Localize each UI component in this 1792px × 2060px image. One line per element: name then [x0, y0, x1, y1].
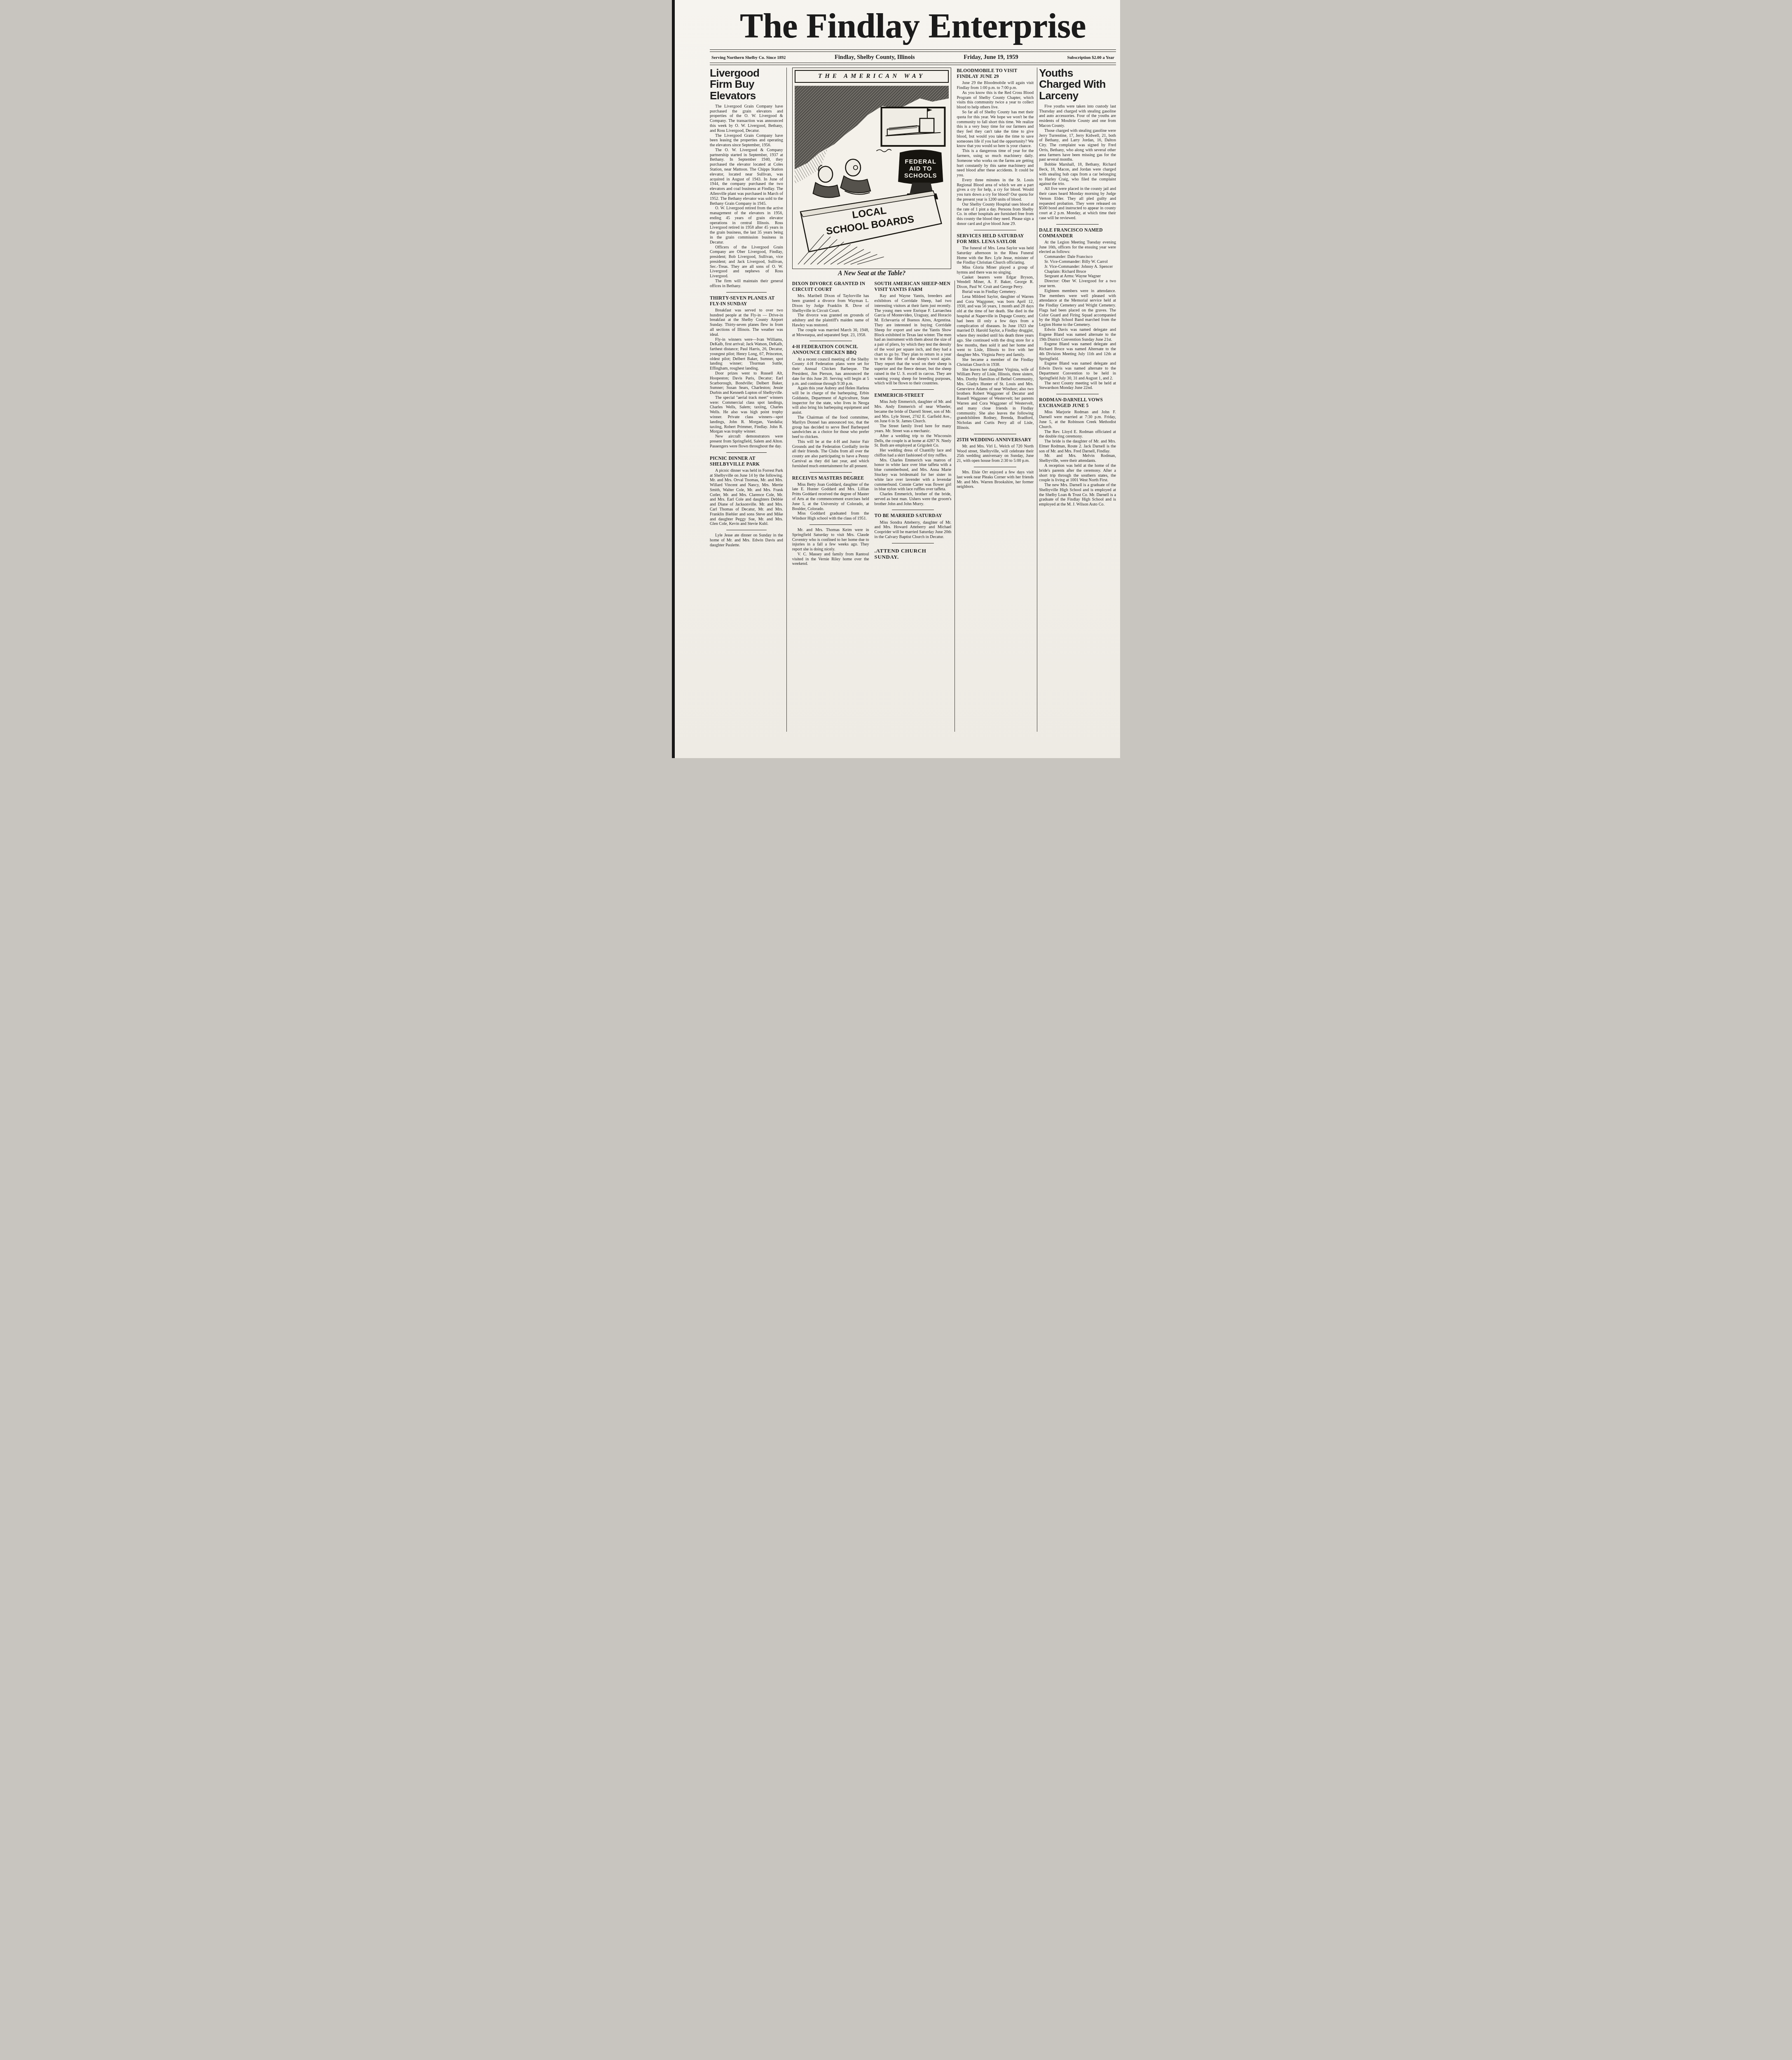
paragraph: Sergeant at Arms: Wayne Wagner: [1039, 274, 1116, 279]
paragraph: Bobbie Marshall, 18, Bethany, Richard Be…: [1039, 162, 1116, 187]
editorial-cartoon: THE AMERICAN WAY: [792, 68, 952, 277]
paragraph: The new Mrs. Darnell is a graduate of th…: [1039, 483, 1116, 507]
paragraph: Five youths were taken into custody last…: [1039, 104, 1116, 129]
paragraph: Jr. Vice-Commander: Johnny A. Spencer: [1039, 265, 1116, 269]
federal-aid-sign: FEDERAL AID TO SCHOOLS: [898, 150, 943, 199]
headline: DALE FRANCISCO NAMED COMMANDER: [1039, 227, 1116, 239]
paragraph: At a recent council meeting of the Shelb…: [792, 357, 869, 386]
article-separator: [726, 530, 767, 530]
article-keim-visit: Mr. and Mrs. Thomas Keim were in Springf…: [792, 528, 869, 552]
paragraph: The funeral of Mrs. Lena Saylor was held…: [957, 246, 1034, 265]
column-3: SOUTH AMERICAN SHEEP-MEN VISIT YANTIS FA…: [875, 281, 955, 732]
masthead: The Findlay Enterprise Serving Northern …: [710, 9, 1116, 65]
paragraph: June 29 the Bloodmobile will again visit…: [957, 81, 1034, 91]
paragraph: Those charged with stealing gasoline wer…: [1039, 129, 1116, 162]
article-body: At the Legion Meeting Tuesday evening Ju…: [1039, 240, 1116, 391]
paragraph: The Livergood Grain Company have purchas…: [710, 104, 783, 133]
column-2: DIXON DIVORCE GRANTED IN CIRCUIT COURT M…: [792, 281, 869, 732]
attend-church-notice: .ATTEND CHURCH SUNDAY.: [875, 548, 952, 560]
cartoon-caption: A New Seat at the Table?: [792, 270, 952, 277]
paragraph: Charles Emmerich, brother of the bride, …: [875, 492, 952, 506]
paragraph: Mrs. Maribell Dixon of Taylorville has b…: [792, 294, 869, 313]
paragraph: Door prizes went to Russell Alt, Hoopest…: [710, 371, 783, 396]
paragraph: Eighteen members were in attendance. The…: [1039, 289, 1116, 328]
article-legion-commander: DALE FRANCISCO NAMED COMMANDER At the Le…: [1039, 227, 1116, 391]
paragraph: She leaves her daughter Virginia, wife o…: [957, 368, 1034, 431]
paragraph: Her wedding dress of Chantilly lace and …: [875, 448, 952, 458]
paragraph: The Street family lived here for many ye…: [875, 424, 952, 434]
article-body: Miss Sondra Atteberry, daughter of Mr. a…: [875, 520, 952, 540]
article-body: Mrs. Elsie Orr enjoyed a few days visit …: [957, 470, 1034, 489]
column-1: Livergood Firm Buy Elevators The Livergo…: [710, 68, 787, 732]
article-separator: [1056, 394, 1099, 394]
paragraph: O. W. Livergood retired from the active …: [710, 206, 783, 245]
column-4: BLOODMOBILE TO VISIT FINDLAY JUNE 29 Jun…: [957, 68, 1037, 732]
headline: Livergood Firm Buy Elevators: [710, 68, 783, 101]
paragraph: Ray and Wayne Yantis, breeders and exhib…: [875, 294, 952, 386]
paragraph: Mr. and Mrs. Melvin Rodman, Shelbyville,…: [1039, 454, 1116, 463]
paragraph: Chaplain: Richard Bruce: [1039, 269, 1116, 274]
paragraph: All five were placed in the county jail …: [1039, 187, 1116, 220]
article-body: Five youths were taken into custody last…: [1039, 104, 1116, 221]
article-separator: [892, 510, 934, 510]
paragraph: As you know this is the Red Cross Blood …: [957, 91, 1034, 110]
paragraph: The bride is the daughter of Mr. and Mrs…: [1039, 439, 1116, 454]
article-lyle-jesse: Lyle Jesse ate dinner on Sunday in the h…: [710, 533, 783, 548]
article-bloodmobile: BLOODMOBILE TO VISIT FINDLAY JUNE 29 Jun…: [957, 68, 1034, 227]
article-body: Breakfast was served to over two hundred…: [710, 308, 783, 449]
paragraph: Burial was in Findlay Cemetery.: [957, 290, 1034, 295]
article-elsie-orr: Mrs. Elsie Orr enjoyed a few days visit …: [957, 470, 1034, 489]
newspaper-page: The Findlay Enterprise Serving Northern …: [672, 0, 1120, 758]
article-separator: [809, 472, 852, 473]
article-rodman-darnell-vows: RODMAN-DARNELL VOWS EXCHANGED JUNE 5 Mis…: [1039, 397, 1116, 507]
paragraph: Mr. and Mrs. Virl L. Welch of 720 North …: [957, 444, 1034, 463]
paragraph: Breakfast was served to over two hundred…: [710, 308, 783, 337]
headline: PICNIC DINNER AT SHELBYVILLE PARK: [710, 456, 783, 467]
paragraph: The couple was married March 30, 1948, a…: [792, 328, 869, 338]
article-picnic-dinner: PICNIC DINNER AT SHELBYVILLE PARK A picn…: [710, 456, 783, 527]
article-separator: [1056, 224, 1099, 225]
headline: TO BE MARRIED SATURDAY: [875, 513, 952, 519]
paragraph: The Rev. Lloyd E. Rodman officiated at t…: [1039, 430, 1116, 440]
paragraph: Lena Mildred Saylor, daughter of Warren …: [957, 295, 1034, 358]
article-separator: [892, 543, 934, 543]
headline: RECEIVES MASTERS DEGREE: [792, 475, 869, 481]
paragraph: Our Shelby County Hospital uses blood at…: [957, 202, 1034, 227]
article-body: Lyle Jesse ate dinner on Sunday in the h…: [710, 533, 783, 548]
paragraph: She became a member of the Findlay Chris…: [957, 358, 1034, 368]
school-picture-frame: [881, 108, 945, 146]
article-livergood-elevators: Livergood Firm Buy Elevators The Livergo…: [710, 68, 783, 289]
headline: SOUTH AMERICAN SHEEP-MEN VISIT YANTIS FA…: [875, 281, 952, 293]
double-rule-bottom: [710, 63, 1116, 65]
paragraph: Mrs. Charles Emmerich was matron of hono…: [875, 458, 952, 492]
article-separator: [726, 292, 767, 293]
article-separator: [974, 467, 1016, 467]
paragraph: V. C. Massey and family from Rantoul vis…: [792, 552, 869, 566]
headline: .ATTEND CHURCH SUNDAY.: [875, 548, 952, 560]
article-body: The Livergood Grain Company have purchas…: [710, 104, 783, 289]
paragraph: Sr. Vice-Commander: Billy W. Carrol: [1039, 260, 1116, 265]
article-dixon-divorce: DIXON DIVORCE GRANTED IN CIRCUIT COURT M…: [792, 281, 869, 337]
dateline: Serving Northern Shelby Co. Since 1892 F…: [710, 52, 1116, 63]
article-25th-anniversary: 25TH WEDDING ANNIVERSARY Mr. and Mrs. Vi…: [957, 437, 1034, 463]
article-body: Miss Judy Emmerich, daughter of Mr. and …: [875, 400, 952, 506]
column-5: Youths Charged With Larceny Five youths …: [1039, 68, 1116, 732]
paragraph: Eugene Bland was named delegate and Rich…: [1039, 342, 1116, 361]
paragraph: Miss Sondra Atteberry, daughter of Mr. a…: [875, 520, 952, 540]
article-body: The funeral of Mrs. Lena Saylor was held…: [957, 246, 1034, 431]
page-body: Livergood Firm Buy Elevators The Livergo…: [710, 68, 1116, 732]
paragraph: After a wedding trip to the Wisconsin De…: [875, 434, 952, 448]
paragraph: This will be at the 4-H and Junior Fair …: [792, 440, 869, 469]
sign-text-line1: FEDERAL: [905, 159, 936, 165]
school-board-table: LOCAL SCHOOL BOARDS: [800, 191, 941, 252]
paragraph: Officers of the Livergood Grain Company …: [710, 245, 783, 279]
article-separator: [892, 389, 934, 390]
article-saylor-services: SERVICES HELD SATURDAY FOR MRS. LENA SAY…: [957, 233, 1034, 431]
paragraph: Lyle Jesse ate dinner on Sunday in the h…: [710, 533, 783, 548]
paragraph: Casket bearers were Edgar Bryson, Wendel…: [957, 275, 1034, 290]
cartoon-drawing: FEDERAL AID TO SCHOOLS LOCAL SCHOOL BOAR…: [795, 84, 949, 267]
paragraph: A picnic dinner was held in Forrest Park…: [710, 468, 783, 527]
artist-signature: [876, 149, 891, 152]
article-separator: [809, 341, 852, 341]
article-body: V. C. Massey and family from Rantoul vis…: [792, 552, 869, 566]
paragraph: Eugene Bland was named delegate and Edwi…: [1039, 361, 1116, 381]
masthead-date: Friday, June 19, 1959: [964, 54, 1018, 61]
paragraph: Every three minutes in the St. Louis Reg…: [957, 178, 1034, 202]
headline: BLOODMOBILE TO VISIT FINDLAY JUNE 29: [957, 68, 1034, 80]
headline: EMMERICH-STREET: [875, 393, 952, 398]
masthead-location: Findlay, Shelby County, Illinois: [835, 54, 915, 61]
paragraph: Miss Goddard graduated from the Windsor …: [792, 511, 869, 521]
article-body: June 29 the Bloodmobile will again visit…: [957, 81, 1034, 226]
article-body: Mrs. Maribell Dixon of Taylorville has b…: [792, 294, 869, 337]
article-body: At a recent council meeting of the Shelb…: [792, 357, 869, 469]
paragraph: Commander: Dale Francisco: [1039, 255, 1116, 260]
school-board-figures: [813, 159, 870, 198]
paragraph: The Livergood Grain Company have been le…: [710, 133, 783, 148]
headline: THIRTY-SEVEN PLANES AT FLY-IN SUNDAY: [710, 295, 783, 307]
scan-edge-artifact: [672, 0, 675, 758]
masthead-tagline: Serving Northern Shelby Co. Since 1892: [711, 56, 786, 60]
paragraph: Mr. and Mrs. Thomas Keim were in Springf…: [792, 528, 869, 552]
cartoon-frame: THE AMERICAN WAY: [792, 68, 952, 269]
article-fly-in: THIRTY-SEVEN PLANES AT FLY-IN SUNDAY Bre…: [710, 295, 783, 449]
headline: Youths Charged With Larceny: [1039, 68, 1116, 101]
paragraph: Edwin Davis was named delegate and Eugen…: [1039, 328, 1116, 342]
newspaper-title: The Findlay Enterprise: [710, 9, 1116, 44]
sign-text-line2: AID TO: [909, 166, 932, 172]
paragraph: New aircraft demonstrators were present …: [710, 434, 783, 449]
article-masters-degree: RECEIVES MASTERS DEGREE Miss Betty Joan …: [792, 475, 869, 521]
article-body: A picnic dinner was held in Forrest Park…: [710, 468, 783, 527]
paragraph: Miss Judy Emmerich, daughter of Mr. and …: [875, 400, 952, 424]
paragraph: Mrs. Elsie Orr enjoyed a few days visit …: [957, 470, 1034, 489]
headline: DIXON DIVORCE GRANTED IN CIRCUIT COURT: [792, 281, 869, 293]
article-body: Miss Betty Joan Goddard, daughter of the…: [792, 482, 869, 521]
article-separator: [726, 452, 767, 453]
article-emmerich-street-wedding: EMMERICH-STREET Miss Judy Emmerich, daug…: [875, 393, 952, 506]
article-youths-larceny: Youths Charged With Larceny Five youths …: [1039, 68, 1116, 221]
paragraph: Again this year Aubrey and Helen Harless…: [792, 386, 869, 415]
headline: 4-H FEDERATION COUNCIL ANNOUNCE CHICKEN …: [792, 344, 869, 356]
paragraph: The next County meeting will be held at …: [1039, 381, 1116, 391]
paragraph: Fly-in winners were—Ivan Williams, DeKal…: [710, 337, 783, 371]
cartoon-title: THE AMERICAN WAY: [795, 70, 949, 83]
article-separator: [974, 434, 1016, 434]
paragraph: The O. W. Livergood & Company partnershi…: [710, 148, 783, 206]
paragraph: A reception was held at the home of the …: [1039, 463, 1116, 483]
article-sheepmen-visit: SOUTH AMERICAN SHEEP-MEN VISIT YANTIS FA…: [875, 281, 952, 386]
paragraph: The special "aerial track meet" winners …: [710, 396, 783, 434]
headline: SERVICES HELD SATURDAY FOR MRS. LENA SAY…: [957, 233, 1034, 245]
article-body: Mr. and Mrs. Thomas Keim were in Springf…: [792, 528, 869, 552]
article-body: Ray and Wayne Yantis, breeders and exhib…: [875, 294, 952, 386]
paragraph: At the Legion Meeting Tuesday evening Ju…: [1039, 240, 1116, 255]
article-separator: [974, 230, 1016, 230]
paragraph: Miss Betty Joan Goddard, daughter of the…: [792, 482, 869, 512]
paragraph: The firm will maintain their general off…: [710, 279, 783, 289]
article-massey-visit: V. C. Massey and family from Rantoul vis…: [792, 552, 869, 566]
article-body: Miss Marjorie Rodman and John F. Darnell…: [1039, 410, 1116, 507]
article-separator: [809, 524, 852, 525]
paragraph: The divorce was granted on grounds of ad…: [792, 313, 869, 328]
paragraph: Miss Marjorie Rodman and John F. Darnell…: [1039, 410, 1116, 429]
paragraph: So far all of Shelby County has met thei…: [957, 110, 1034, 149]
sign-text-line3: SCHOOLS: [904, 173, 937, 179]
paragraph: Director: Ober W. Livergood for a two ye…: [1039, 279, 1116, 289]
paragraph: This is a dangerous time of year for the…: [957, 149, 1034, 178]
masthead-subscription: Subscription $2.00 a Year: [1067, 56, 1114, 60]
paragraph: The Chairman of the food committee, Mari…: [792, 415, 869, 440]
article-body: Mr. and Mrs. Virl L. Welch of 720 North …: [957, 444, 1034, 463]
article-to-be-married: TO BE MARRIED SATURDAY Miss Sondra Atteb…: [875, 513, 952, 539]
headline: RODMAN-DARNELL VOWS EXCHANGED JUNE 5: [1039, 397, 1116, 409]
headline: 25TH WEDDING ANNIVERSARY: [957, 437, 1034, 443]
paragraph: Miss Gloria Miner played a group of hymn…: [957, 265, 1034, 275]
article-4h-bbq: 4-H FEDERATION COUNCIL ANNOUNCE CHICKEN …: [792, 344, 869, 468]
